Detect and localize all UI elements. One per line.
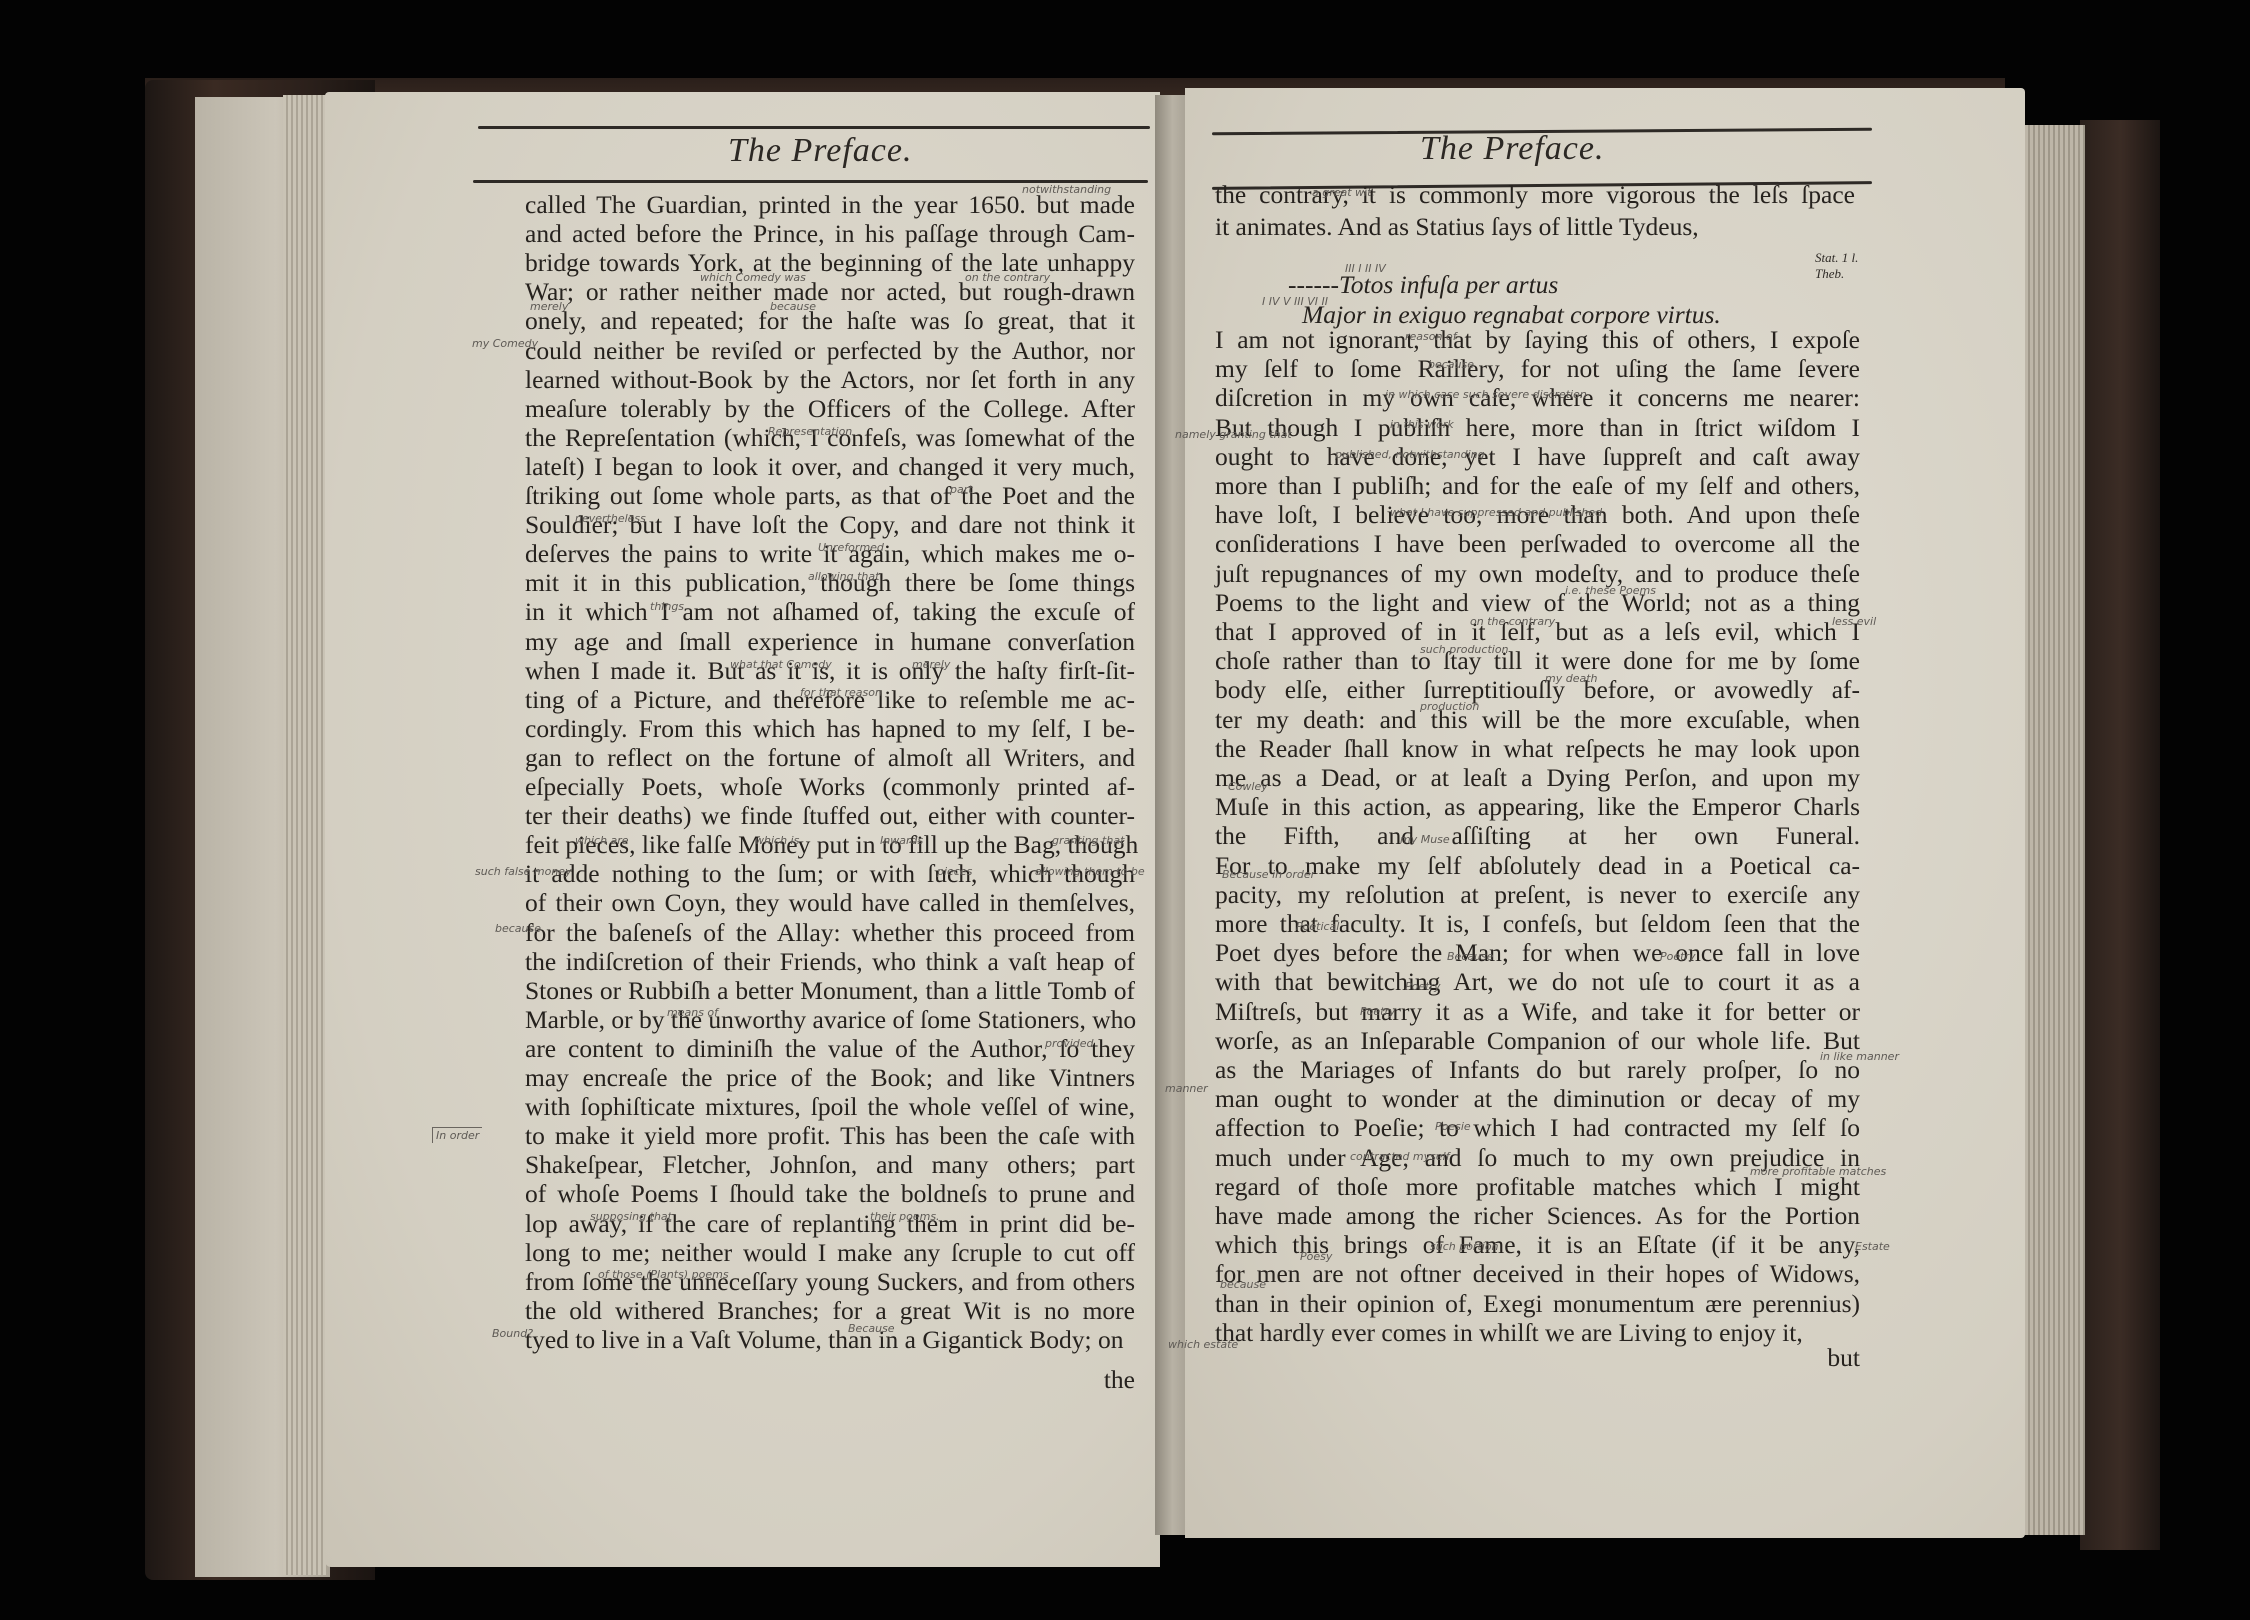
handwritten-annotation: Poetical xyxy=(1296,920,1339,933)
handwritten-annotation: Poesy xyxy=(1300,1250,1332,1263)
handwritten-annotation: such false money xyxy=(475,865,572,878)
handwritten-annotation: provided xyxy=(1045,1037,1094,1050)
handwritten-annotation: Poetry xyxy=(1660,950,1695,963)
handwritten-annotation: Poetry xyxy=(1360,1005,1395,1018)
margin-bracket-note: In order xyxy=(432,1127,482,1143)
text-line: man ought to wonder at the diminution or… xyxy=(1215,1084,1860,1114)
text-line: for men are not oftner deceived in their… xyxy=(1215,1259,1860,1289)
text-line: long to me; neither would I make any ſcr… xyxy=(525,1238,1135,1268)
text-line: I am not ignorant, that by ſaying this o… xyxy=(1215,325,1860,355)
text-line: and acted before the Prince, in his paſſ… xyxy=(525,219,1135,249)
book-cover-right xyxy=(2080,120,2160,1550)
text-line: the indiſcretion of their Friends, who t… xyxy=(525,947,1135,977)
handwritten-annotation: pieces xyxy=(937,865,972,878)
text-line: Muſe in this action, as appearing, like … xyxy=(1215,792,1860,822)
text-line: onely, and repeated; for the haſte was ſ… xyxy=(525,306,1135,336)
text-line: may encreaſe the price of the Book; and … xyxy=(525,1063,1135,1093)
text-line: Poet dyes before the Man; for when we on… xyxy=(1215,938,1860,968)
handwritten-annotation: means of xyxy=(667,1006,718,1019)
text-line: eſpecially Poets, whoſe Works (commonly … xyxy=(525,772,1135,802)
handwritten-annotation: production xyxy=(1420,700,1479,713)
running-head-right: The Preface. xyxy=(1420,130,1604,168)
marginal-citation: Stat. 1 l. Theb. xyxy=(1815,250,1858,282)
text-line: Stones or Rubbiſh a better Monument, tha… xyxy=(525,976,1135,1006)
text-line: juſt repugnances of my own modeſty, and … xyxy=(1215,559,1860,589)
text-line: of whoſe Poems I ſhould take the boldneſ… xyxy=(525,1179,1135,1209)
handwritten-annotation: Representation xyxy=(768,425,852,438)
text-line: choſe rather than to ſtay till it were d… xyxy=(1215,646,1860,676)
handwritten-annotation: i.e. these Poems xyxy=(1565,584,1656,597)
handwritten-annotation: more profitable matches xyxy=(1750,1165,1886,1178)
handwritten-annotation: which are xyxy=(575,834,629,847)
handwritten-annotation: on the contrary xyxy=(965,271,1050,284)
text-line: the Reader ſhall know in what reſpects h… xyxy=(1215,734,1860,764)
handwritten-annotation: part xyxy=(950,483,973,496)
page-edges-left xyxy=(283,95,328,1575)
handwritten-annotation: notwithstanding xyxy=(1022,183,1111,196)
handwritten-annotation: Because in order xyxy=(1222,868,1315,881)
handwritten-annotation: Poetry xyxy=(1405,980,1440,993)
handwritten-annotation: merely xyxy=(530,300,568,313)
text-line: affection to Poeſie; to which I had cont… xyxy=(1215,1113,1860,1143)
text-line: with ſophiſticate mixtures, ſpoil the wh… xyxy=(525,1092,1135,1122)
handwritten-annotation: less evil xyxy=(1832,615,1876,628)
citation-line-1: Stat. 1 l. xyxy=(1815,250,1858,266)
handwritten-annotation: what that Comedy xyxy=(730,658,832,671)
handwritten-annotation: reason of xyxy=(1405,330,1457,343)
handwritten-annotation: in like manner xyxy=(1820,1050,1899,1063)
text-line: lateſt) I began to look it over, and cha… xyxy=(525,452,1135,482)
text-line: my age and ſmall experience in humane co… xyxy=(525,627,1135,657)
handwritten-annotation: my Muse xyxy=(1400,833,1450,846)
handwritten-annotation: which estate xyxy=(1168,1338,1238,1351)
text-line: in it which I am not aſhamed of, taking … xyxy=(525,597,1135,627)
text-line: than in their opinion of, Exegi monument… xyxy=(1215,1289,1860,1319)
handwritten-annotation: Because xyxy=(848,1322,895,1335)
handwritten-annotation: on the contrary xyxy=(1470,615,1555,628)
text-line: more than I publiſh; and for the eaſe of… xyxy=(1215,471,1860,501)
handwritten-annotation: Bound? xyxy=(492,1327,533,1340)
handwritten-annotation: merely xyxy=(912,658,950,671)
text-line: me as a Dead, or at leaſt a Dying Perſon… xyxy=(1215,763,1860,793)
handwritten-annotation: such portion xyxy=(1430,1240,1499,1253)
text-line: the old withered Branches; for a great W… xyxy=(525,1296,1135,1326)
text-line: for the baſeneſs of the Allay: whether t… xyxy=(525,918,1135,948)
handwritten-annotation: a great wit. xyxy=(1312,186,1375,199)
text-line: that hardly ever comes in whilſt we are … xyxy=(1215,1318,1860,1348)
header-rule-top-left xyxy=(478,126,1150,129)
text-line: body elſe, either ſurreptitiouſly before… xyxy=(1215,675,1860,705)
handwritten-annotation: because xyxy=(1428,358,1474,371)
handwritten-annotation: because xyxy=(770,300,816,313)
handwritten-annotation: because xyxy=(1220,1278,1266,1291)
handwritten-annotation: Inwards xyxy=(880,834,923,847)
handwritten-annotation: Poesie xyxy=(1435,1120,1471,1133)
text-line: learned without-Book by the Actors, nor … xyxy=(525,365,1135,395)
handwritten-annotation: published, notwithstanding xyxy=(1335,448,1485,461)
text-line: But though I publiſh here, more than in … xyxy=(1215,413,1860,443)
handwritten-annotation: namely granting that xyxy=(1175,428,1292,441)
catchword-right: but xyxy=(1815,1343,1860,1373)
text-line: ſtriking out ſome whole parts, as that o… xyxy=(525,481,1135,511)
text-line: conſiderations I have been perſwaded to … xyxy=(1215,529,1860,559)
running-head-left: The Preface. xyxy=(728,132,912,170)
handwritten-annotation: my death xyxy=(1545,672,1598,685)
text-line: pacity, my reſolution at preſent, is nev… xyxy=(1215,880,1860,910)
handwritten-annotation: my Comedy xyxy=(472,337,538,350)
text-line: as the Mariages of Infants do but rarely… xyxy=(1215,1055,1860,1085)
handwritten-annotation: because xyxy=(495,922,541,935)
handwritten-annotation: manner xyxy=(1165,1082,1208,1095)
right-line-top-1: the contrary, it is commonly more vigoro… xyxy=(1215,180,1855,210)
handwritten-annotation: such production xyxy=(1420,643,1509,656)
handwritten-annotation: III I II IV xyxy=(1345,262,1386,275)
handwritten-annotation: Cowley xyxy=(1228,780,1268,793)
text-line: cordingly. From this which has hapned to… xyxy=(525,714,1135,744)
handwritten-annotation: supposing that xyxy=(590,1210,672,1223)
text-line: gan to reflect on the fortune of almoſt … xyxy=(525,743,1135,773)
text-line: are content to diminiſh the value of the… xyxy=(525,1034,1135,1064)
handwritten-annotation: Unreformed xyxy=(818,541,884,554)
handwritten-annotation: allowing them to be xyxy=(1035,865,1145,878)
handwritten-annotation: in which case such severe discretion xyxy=(1385,388,1587,401)
page-edges-right xyxy=(2020,125,2085,1535)
text-line: ter my death: and this will be the more … xyxy=(1215,705,1860,735)
text-line: have made among the richer Sciences. As … xyxy=(1215,1201,1860,1231)
text-line: ter their deaths) we finde ſtuffed out, … xyxy=(525,801,1135,831)
handwritten-annotation: Estate xyxy=(1855,1240,1890,1253)
text-line: to make it yield more profit. This has b… xyxy=(525,1121,1135,1151)
handwritten-annotation: for that reason xyxy=(800,686,882,699)
handwritten-annotation: their poems. xyxy=(870,1210,940,1223)
handwritten-annotation: things xyxy=(650,600,684,613)
text-line: tyed to live in a Vaſt Volume, than in a… xyxy=(525,1325,1135,1355)
text-line: could neither be reviſed or perfected by… xyxy=(525,336,1135,366)
handwritten-annotation: contracted myself xyxy=(1350,1150,1450,1163)
handwritten-annotation: allowing that xyxy=(808,570,879,583)
catchword-left: the xyxy=(1095,1365,1135,1395)
handwritten-annotation: of those (Plants) poems xyxy=(598,1268,729,1281)
text-line: Shakeſpear, Fletcher, Johnſon, and many … xyxy=(525,1150,1135,1180)
text-line: Miſtreſs, but marry it as a Wife, and ta… xyxy=(1215,997,1860,1027)
handwritten-annotation: I IV V III VI II xyxy=(1262,295,1328,308)
citation-line-2: Theb. xyxy=(1815,266,1858,282)
verse-line-1: ------Totos infuſa per artus xyxy=(1288,270,1558,300)
text-line: the Fifth, and aſſiſting at her own Fune… xyxy=(1215,821,1860,851)
text-line: my ſelf to ſome Raillery, for not uſing … xyxy=(1215,354,1860,384)
text-line: Poems to the light and view of the World… xyxy=(1215,588,1860,618)
handwritten-annotation: nevertheless xyxy=(575,512,646,525)
text-line: Marble, or by the unworthy avarice of ſo… xyxy=(525,1005,1135,1035)
text-line: meaſure tolerably by the Officers of the… xyxy=(525,394,1135,424)
text-line: of their own Coyn, they would have calle… xyxy=(525,888,1135,918)
handwritten-annotation: Because xyxy=(1447,950,1494,963)
handwritten-annotation: which is xyxy=(755,834,799,847)
handwritten-annotation: in this work xyxy=(1390,418,1454,431)
handwritten-annotation: which Comedy was xyxy=(700,271,806,284)
right-line-top-2: it animates. And as Statius ſays of litt… xyxy=(1215,212,1855,242)
handwritten-annotation: granting that xyxy=(1052,834,1124,847)
text-line: with that bewitching Art, we do not uſe … xyxy=(1215,967,1860,997)
text-line: worſe, as an Inſeparable Companion of ou… xyxy=(1215,1026,1860,1056)
text-line: ought to have done, yet I have ſuppreſt … xyxy=(1215,442,1860,472)
handwritten-annotation: what I have suppressed and published xyxy=(1390,506,1602,519)
